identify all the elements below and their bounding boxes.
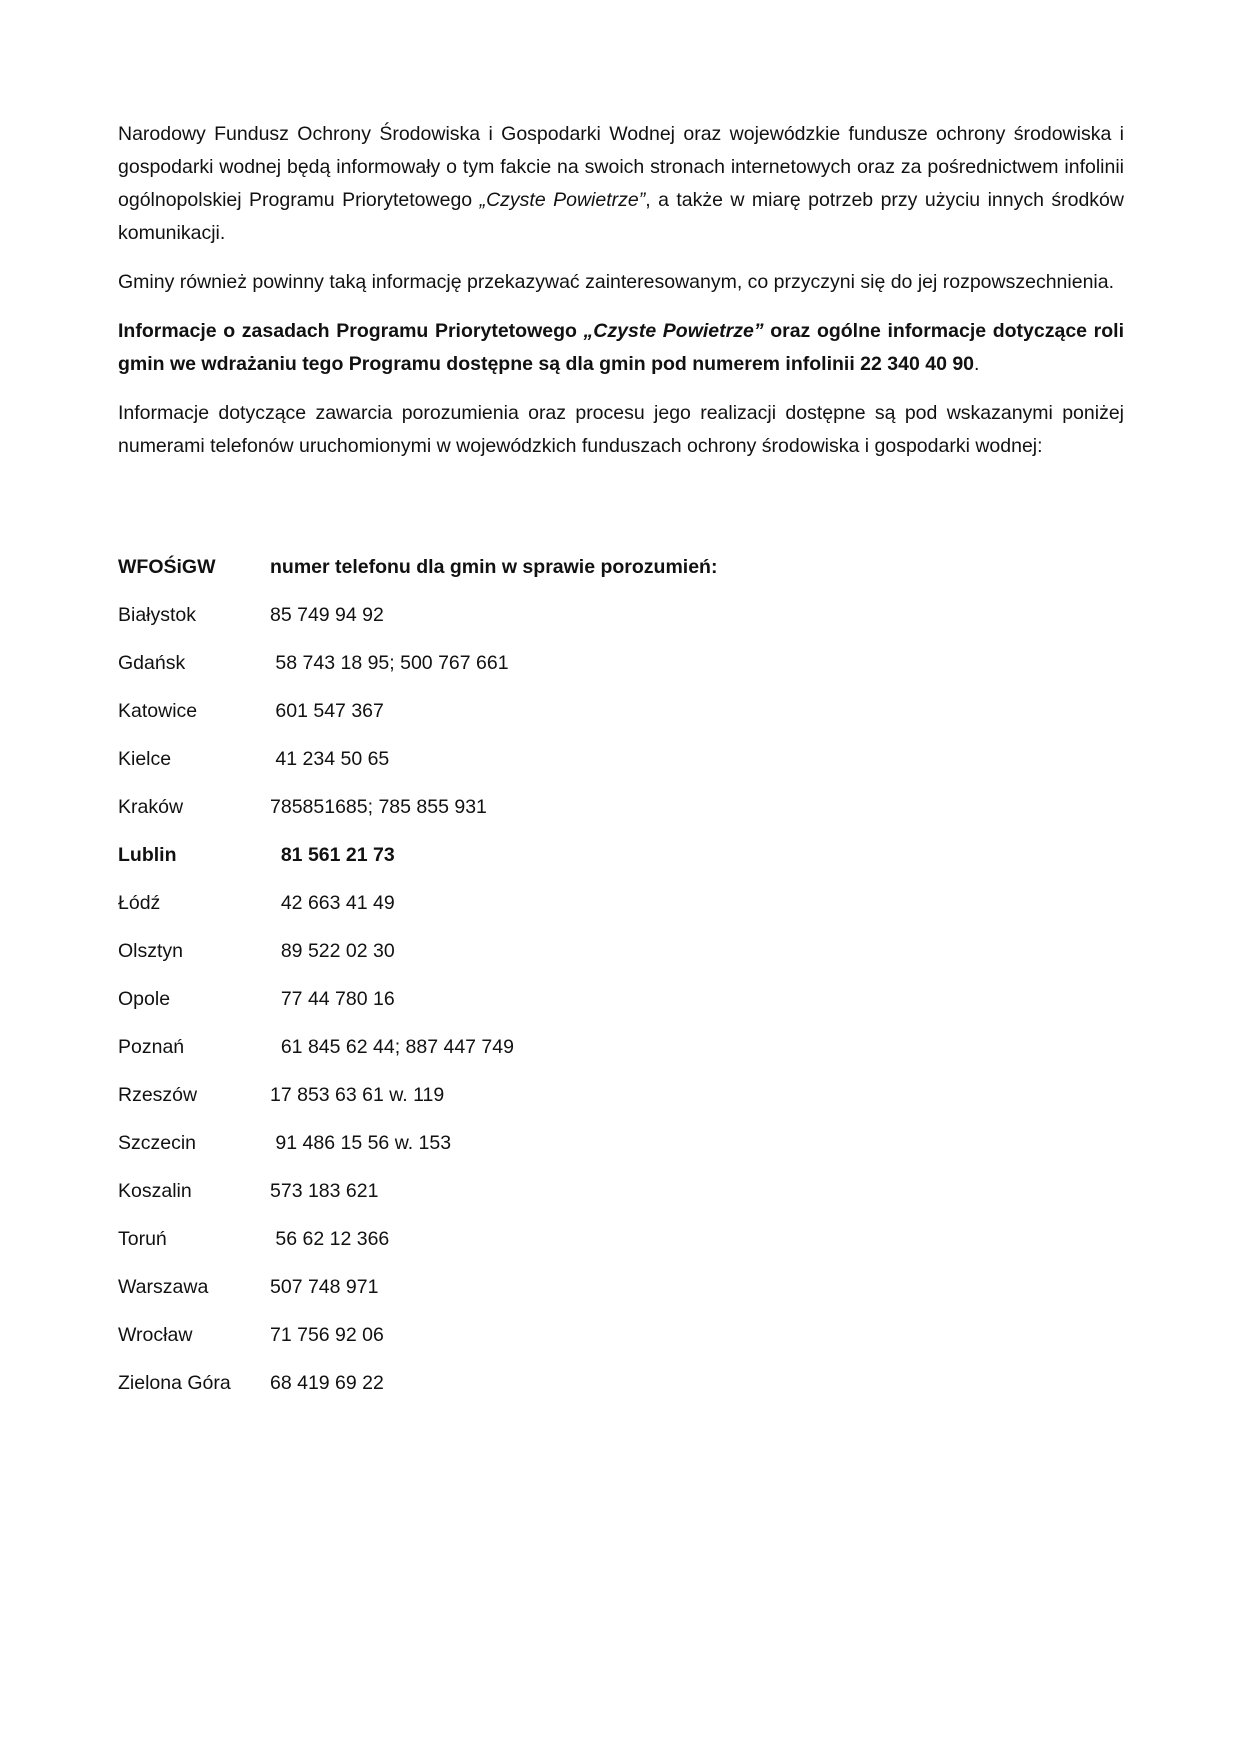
phone-number: 71 756 92 06: [270, 1324, 384, 1347]
paragraph-text: Informacje o zasadach Programu Priorytet…: [118, 320, 584, 342]
phone-number: 601 547 367: [270, 700, 384, 723]
phone-number: 785851685; 785 855 931: [270, 796, 487, 819]
phone-number: 42 663 41 49: [270, 892, 395, 915]
program-name: „Czyste Powietrze”: [584, 320, 764, 342]
city-name: Szczecin: [118, 1132, 270, 1155]
table-row: Katowice 601 547 367: [118, 687, 818, 735]
table-row: Poznań 61 845 62 44; 887 447 749: [118, 1023, 818, 1071]
phone-number: 17 853 63 61 w. 119: [270, 1084, 444, 1107]
city-name: Łódź: [118, 892, 270, 915]
table-row: Opole 77 44 780 16: [118, 975, 818, 1023]
program-name: „Czyste Powietrze”: [480, 189, 646, 211]
city-name: Białystok: [118, 604, 270, 627]
paragraph-municipalities: Gminy również powinny taką informację pr…: [118, 266, 1124, 299]
document-page: Narodowy Fundusz Ochrony Środowiska i Go…: [118, 118, 1124, 479]
table-row: Rzeszów17 853 63 61 w. 119: [118, 1071, 818, 1119]
phone-number: 56 62 12 366: [270, 1228, 389, 1251]
table-row: Koszalin573 183 621: [118, 1167, 818, 1215]
table-row: Toruń 56 62 12 366: [118, 1215, 818, 1263]
table-row: Szczecin 91 486 15 56 w. 153: [118, 1119, 818, 1167]
phone-table: WFOŚiGW numer telefonu dla gmin w sprawi…: [118, 543, 818, 1407]
phone-number: 85 749 94 92: [270, 604, 384, 627]
city-name: Koszalin: [118, 1180, 270, 1203]
city-name: Poznań: [118, 1036, 270, 1059]
table-row: Kraków785851685; 785 855 931: [118, 783, 818, 831]
phone-number: 507 748 971: [270, 1276, 378, 1299]
phone-table-header: WFOŚiGW numer telefonu dla gmin w sprawi…: [118, 543, 818, 591]
city-name: Rzeszów: [118, 1084, 270, 1107]
table-row: Wrocław71 756 92 06: [118, 1311, 818, 1359]
city-name: Warszawa: [118, 1276, 270, 1299]
city-name: Katowice: [118, 700, 270, 723]
table-row: Olsztyn 89 522 02 30: [118, 927, 818, 975]
table-row: Kielce 41 234 50 65: [118, 735, 818, 783]
table-row: Warszawa507 748 971: [118, 1263, 818, 1311]
phone-number: 68 419 69 22: [270, 1372, 384, 1395]
city-name: Toruń: [118, 1228, 270, 1251]
phone-table-body: Białystok85 749 94 92Gdańsk 58 743 18 95…: [118, 591, 818, 1407]
header-fund: WFOŚiGW: [118, 556, 270, 579]
city-name: Kraków: [118, 796, 270, 819]
table-row: Białystok85 749 94 92: [118, 591, 818, 639]
paragraph-period: .: [974, 353, 979, 375]
city-name: Zielona Góra: [118, 1372, 270, 1395]
phone-number: 58 743 18 95; 500 767 661: [270, 652, 509, 675]
city-name: Olsztyn: [118, 940, 270, 963]
city-name: Lublin: [118, 844, 270, 867]
phone-number: 89 522 02 30: [270, 940, 395, 963]
phone-number: 91 486 15 56 w. 153: [270, 1132, 451, 1155]
header-phone: numer telefonu dla gmin w sprawie porozu…: [270, 556, 717, 579]
city-name: Gdańsk: [118, 652, 270, 675]
table-row: Zielona Góra68 419 69 22: [118, 1359, 818, 1407]
table-row: Gdańsk 58 743 18 95; 500 767 661: [118, 639, 818, 687]
phone-number: 81 561 21 73: [270, 844, 395, 867]
phone-number: 41 234 50 65: [270, 748, 389, 771]
table-row: Lublin 81 561 21 73: [118, 831, 818, 879]
city-name: Opole: [118, 988, 270, 1011]
table-row: Łódź 42 663 41 49: [118, 879, 818, 927]
phone-number: 573 183 621: [270, 1180, 378, 1203]
city-name: Wrocław: [118, 1324, 270, 1347]
phone-number: 77 44 780 16: [270, 988, 395, 1011]
phone-number: 61 845 62 44; 887 447 749: [270, 1036, 514, 1059]
paragraph-fund-information: Narodowy Fundusz Ochrony Środowiska i Go…: [118, 118, 1124, 250]
paragraph-hotline: Informacje o zasadach Programu Priorytet…: [118, 315, 1124, 381]
paragraph-agreement-info: Informacje dotyczące zawarcia porozumien…: [118, 397, 1124, 463]
city-name: Kielce: [118, 748, 270, 771]
